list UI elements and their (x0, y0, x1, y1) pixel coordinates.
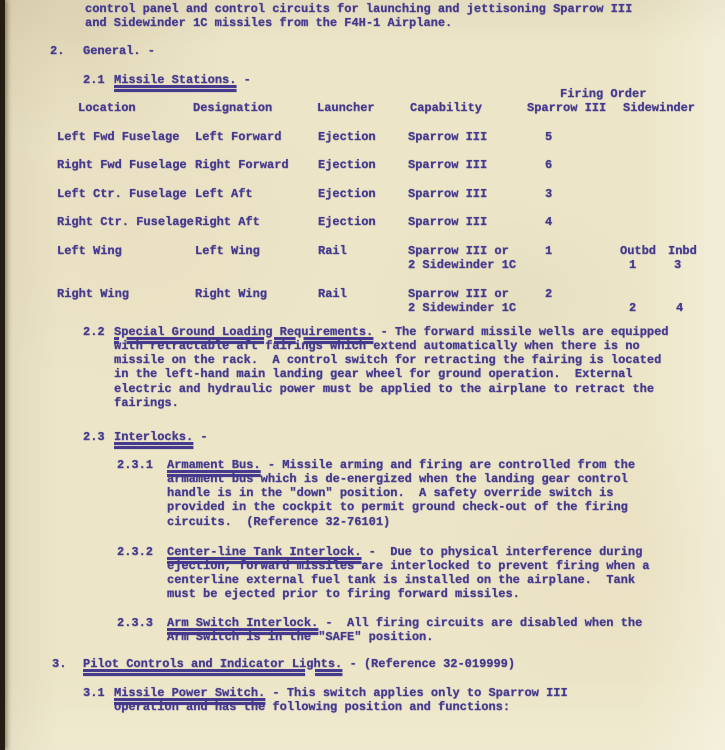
section-3-number: 3. (52, 657, 66, 671)
section-2-2-title: Special Ground Loading Requirements. (114, 325, 373, 339)
table-row6-inbd-order: 4 (676, 301, 683, 315)
table-row6-sparrow-order: 2 (545, 287, 552, 301)
table-row1-designation: Left Forward (195, 130, 281, 144)
table-row5-location: Left Wing (57, 244, 122, 258)
table-row4-launcher: Ejection (318, 215, 376, 229)
section-3-title: Pilot Controls and Indicator Lights. (83, 657, 342, 671)
section-2-3-3-number: 2.3.3 (117, 616, 153, 630)
table-header-launcher: Launcher (317, 101, 375, 115)
table-row2-sparrow-order: 6 (545, 158, 552, 172)
table-row5-launcher: Rail (318, 244, 347, 258)
table-row5-inbd-order: 3 (674, 258, 681, 272)
table-header-designation: Designation (193, 101, 272, 115)
table-row3-capability: Sparrow III (408, 187, 487, 201)
table-row6-capability: Sparrow III or 2 Sidewinder 1C (408, 287, 516, 316)
table-row5-designation: Left Wing (195, 244, 260, 258)
table-row5-capability: Sparrow III or 2 Sidewinder 1C (408, 244, 516, 273)
table-row4-designation: Right Aft (195, 215, 260, 229)
table-row2-capability: Sparrow III (408, 158, 487, 172)
table-row4-capability: Sparrow III (408, 215, 487, 229)
table-header-capability: Capability (410, 101, 482, 115)
table-row2-designation: Right Forward (195, 158, 289, 172)
section-2-3-1-paragraph: Armament Bus. - Missile arming and firin… (167, 458, 635, 529)
table-header-sparrow: Sparrow III (527, 101, 606, 115)
table-header-sidewinder: Sidewinder (623, 101, 695, 115)
section-2-title: General. - (83, 44, 155, 58)
table-row5-outbd-order: 1 (629, 258, 636, 272)
table-row5-sparrow-order: 1 (545, 244, 552, 258)
section-3-suffix: - (Reference 32-019999) (342, 657, 515, 671)
table-row6-launcher: Rail (318, 287, 347, 301)
section-3-1-paragraph: Missile Power Switch. - This switch appl… (114, 686, 568, 715)
table-row5-inbd-label: Inbd (668, 244, 697, 258)
table-row5-outbd-label: Outbd (620, 244, 656, 258)
section-2-3-suffix: - (193, 430, 207, 444)
table-row4-location: Right Ctr. Fuselage (57, 215, 194, 229)
table-row3-location: Left Ctr. Fuselage (57, 187, 187, 201)
table-row2-launcher: Ejection (318, 158, 376, 172)
table-row6-outbd-order: 2 (629, 301, 636, 315)
section-2-3-2-title: Center-line Tank Interlock. (167, 545, 361, 559)
table-row3-designation: Left Aft (195, 187, 253, 201)
section-2-3-title: Interlocks. (114, 430, 193, 444)
table-row1-sparrow-order: 5 (545, 130, 552, 144)
section-2-2-number: 2.2 (83, 325, 105, 339)
table-row4-sparrow-order: 4 (545, 215, 552, 229)
section-2-1-title: Missile Stations. (114, 73, 236, 87)
table-row2-location: Right Fwd Fuselage (57, 158, 187, 172)
page-left-edge-shadow (0, 0, 5, 750)
section-2-1-suffix: - (236, 73, 250, 87)
section-2-3-heading: Interlocks. - (114, 430, 208, 444)
section-3-heading: Pilot Controls and Indicator Lights. - (… (83, 657, 515, 671)
table-row1-launcher: Ejection (318, 130, 376, 144)
section-2-1-heading: Missile Stations. - (114, 73, 251, 87)
section-3-1-number: 3.1 (83, 686, 105, 700)
table-row3-launcher: Ejection (318, 187, 376, 201)
table-row3-sparrow-order: 3 (545, 187, 552, 201)
table-row1-location: Left Fwd Fuselage (57, 130, 179, 144)
section-2-3-2-number: 2.3.2 (117, 545, 153, 559)
section-3-1-title: Missile Power Switch. (114, 686, 265, 700)
intro-paragraph: control panel and control circuits for l… (85, 2, 632, 31)
table-header-firing-order: Firing Order (560, 87, 646, 101)
section-2-3-3-title: Arm Switch Interlock. (167, 616, 318, 630)
section-2-3-number: 2.3 (83, 430, 105, 444)
table-row1-capability: Sparrow III (408, 130, 487, 144)
table-row6-location: Right Wing (57, 287, 129, 301)
section-2-3-2-paragraph: Center-line Tank Interlock. - Due to phy… (167, 545, 649, 602)
section-2-2-paragraph: Special Ground Loading Requirements. - T… (114, 325, 669, 411)
section-2-1-number: 2.1 (83, 73, 105, 87)
section-2-number: 2. (50, 44, 64, 58)
document-page: control panel and control circuits for l… (0, 0, 725, 750)
section-2-3-1-number: 2.3.1 (117, 458, 153, 472)
table-header-location: Location (78, 101, 136, 115)
section-2-3-1-title: Armament Bus. (167, 458, 261, 472)
table-row6-designation: Right Wing (195, 287, 267, 301)
section-2-3-3-paragraph: Arm Switch Interlock. - All firing circu… (167, 616, 642, 645)
